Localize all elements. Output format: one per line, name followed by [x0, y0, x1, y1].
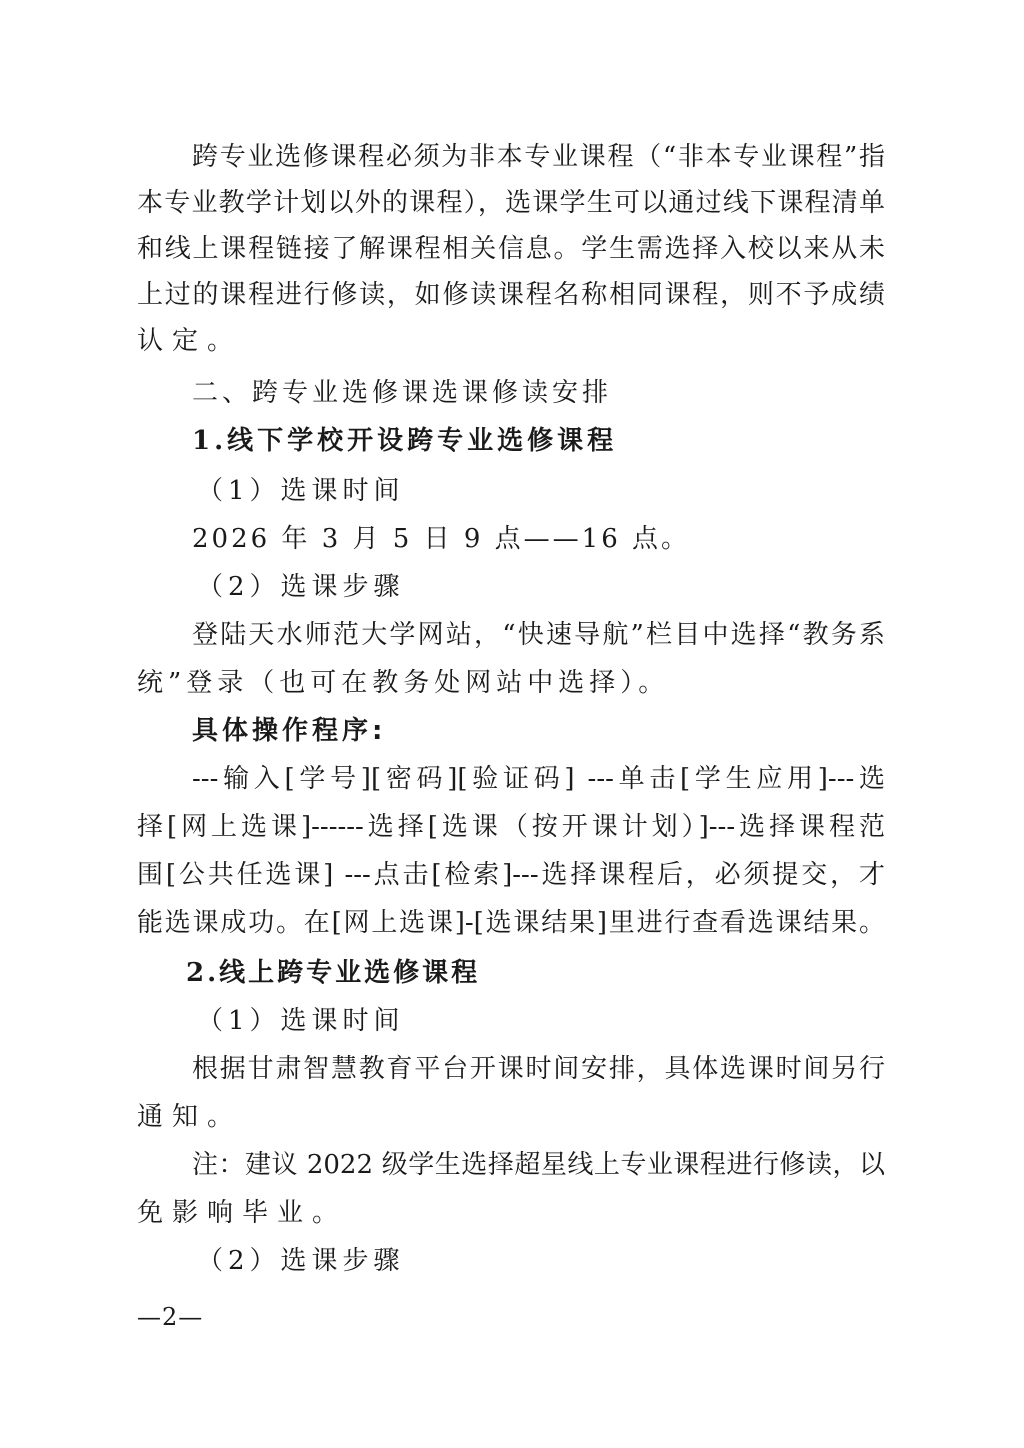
- paragraph-line: 和线上课程链接了解课程相关信息。学生需选择入校以来从未: [137, 232, 885, 266]
- note-line: 注：建议 2022 级学生选择超星线上专业课程进行修读，以: [192, 1148, 885, 1182]
- paragraph-line: 上过的课程进行修读，如修读课程名称相同课程，则不予成绩: [137, 278, 885, 312]
- login-line: 统”登录（也可在教务处网站中选择）。: [137, 666, 885, 700]
- paragraph-line: 认定。: [137, 324, 885, 358]
- steps-label: （2）选课步骤: [197, 570, 945, 604]
- time-label: （1）选课时间: [197, 1004, 945, 1038]
- subsection-title-online: 2.线上跨专业选修课程: [186, 956, 934, 990]
- steps-label: （2）选课步骤: [197, 1244, 945, 1278]
- time-value: 2026 年 3 月 5 日 9 点——16 点。: [192, 522, 885, 556]
- procedure-line: ---输入[学号][密码][验证码] ---单击[学生应用]---选: [192, 762, 885, 796]
- time-label: （1）选课时间: [197, 474, 945, 508]
- procedure-line: 择[网上选课]------选择[选课（按开课计划）]---选择课程范: [137, 810, 885, 844]
- paragraph-line: 本专业教学计划以外的课程），选课学生可以通过线下课程清单: [137, 186, 885, 220]
- note-line: 免影响毕业。: [137, 1196, 885, 1230]
- procedure-line: 能选课成功。在[网上选课]-[选课结果]里进行查看选课结果。: [137, 906, 885, 940]
- page-number: —2—: [137, 1302, 203, 1332]
- procedure-line: 围[公共任选课] ---点击[检索]---选择课程后，必须提交，才: [137, 858, 885, 892]
- time-line: 通知。: [137, 1100, 885, 1134]
- section-heading: 二、跨专业选修课选课修读安排: [192, 376, 885, 410]
- subsection-title-offline: 1.线下学校开设跨专业选修课程: [192, 424, 885, 458]
- paragraph-line: 跨专业选修课程必须为非本专业课程（“非本专业课程”指: [192, 140, 885, 174]
- document-page: 跨专业选修课程必须为非本专业课程（“非本专业课程”指 本专业教学计划以外的课程）…: [0, 0, 1024, 1448]
- procedure-title: 具体操作程序:: [192, 714, 885, 748]
- login-line: 登陆天水师范大学网站，“快速导航”栏目中选择“教务系: [192, 618, 885, 652]
- time-line: 根据甘肃智慧教育平台开课时间安排，具体选课时间另行: [192, 1052, 885, 1086]
